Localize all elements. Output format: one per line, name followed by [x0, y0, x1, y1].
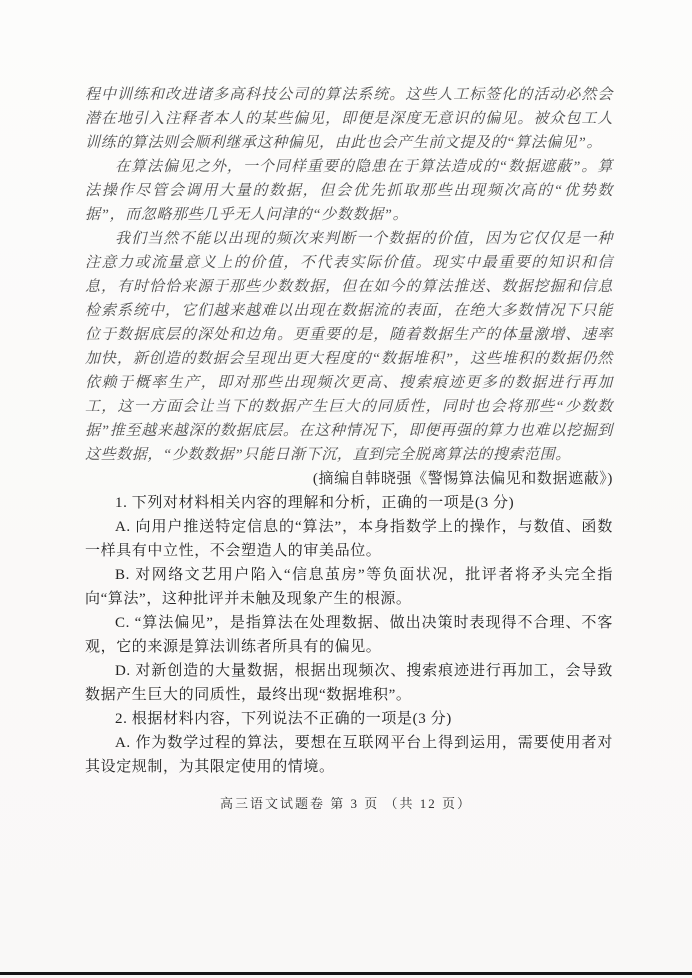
question-2-option-a: A. 作为数学过程的算法，要想在互联网平台上得到运用，需要使用者对其设定规制，为… [85, 731, 613, 779]
question-1-stem: 1. 下列对材料相关内容的理解和分析，正确的一项是(3 分) [85, 491, 613, 515]
page-footer: 高三语文试题卷 第 3 页 （共 12 页） [0, 794, 692, 814]
passage-paragraph-minority-data: 我们当然不能以出现的频次来判断一个数据的价值，因为它仅仅是一种注意力或流量意义上… [85, 227, 613, 467]
exam-text-block: 程中训练和改进诸多高科技公司的算法系统。这些人工标签化的活动必然会潜在地引入注释… [85, 83, 613, 779]
exam-page-sheet: 程中训练和改进诸多高科技公司的算法系统。这些人工标签化的活动必然会潜在地引入注释… [0, 0, 692, 978]
passage-paragraph-data-shielding: 在算法偏见之外，一个同样重要的隐患在于算法造成的“数据遮蔽”。算法操作尽管会调用… [85, 155, 613, 227]
passage-citation: (摘编自韩晓强《警惕算法偏见和数据遮蔽》) [85, 467, 613, 491]
question-1-option-b: B. 对网络文艺用户陷入“信息茧房”等负面状况，批评者将矛头完全指向“算法”，这… [85, 563, 613, 611]
scan-edge-line [0, 972, 692, 975]
question-1-option-a: A. 向用户推送特定信息的“算法”，本身指数学上的操作，与数值、函数一样具有中立… [85, 515, 613, 563]
passage-paragraph-continued: 程中训练和改进诸多高科技公司的算法系统。这些人工标签化的活动必然会潜在地引入注释… [85, 83, 613, 155]
question-1-option-c: C. “算法偏见”，是指算法在处理数据、做出决策时表现得不合理、不客观，它的来源… [85, 611, 613, 659]
question-1-option-d: D. 对新创造的大量数据，根据出现频次、搜索痕迹进行再加工，会导致数据产生巨大的… [85, 659, 613, 707]
question-2-stem: 2. 根据材料内容，下列说法不正确的一项是(3 分) [85, 707, 613, 731]
